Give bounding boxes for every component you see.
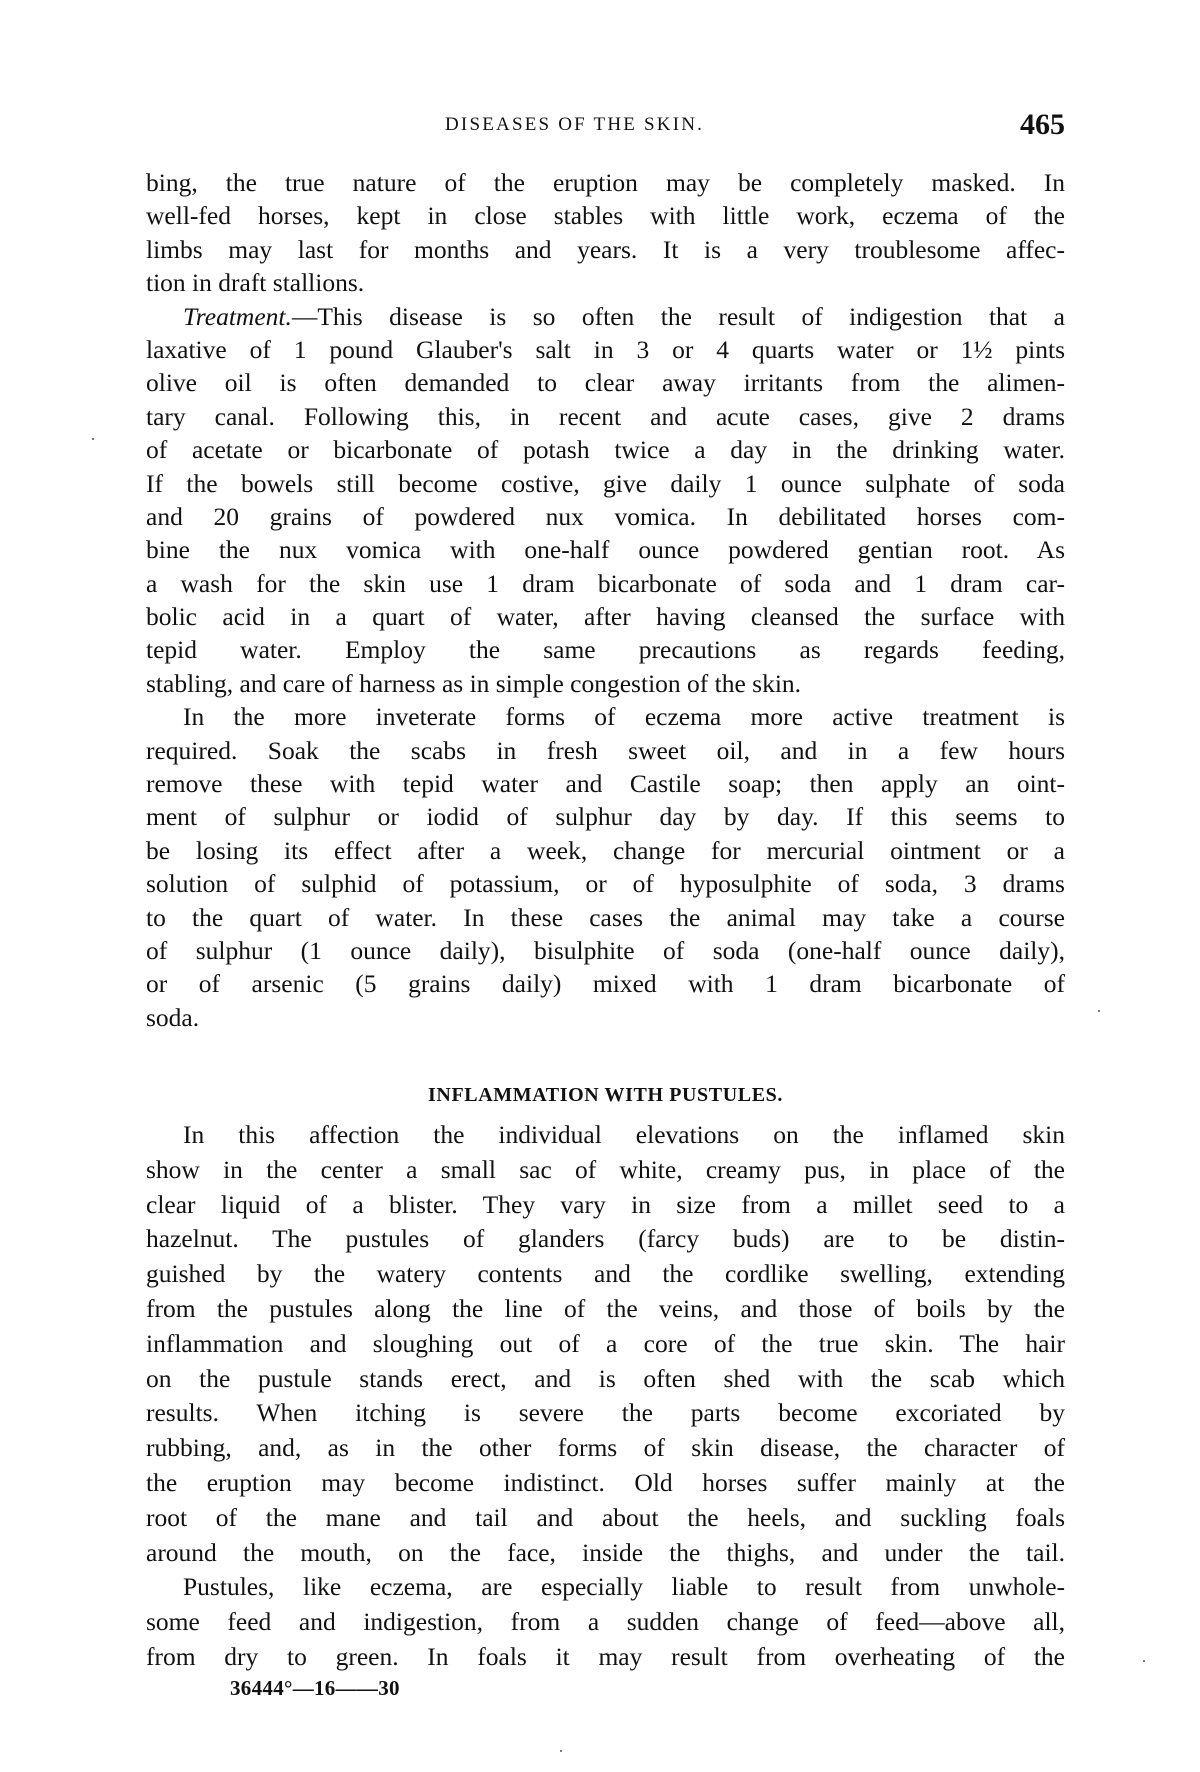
scan-speck: [560, 1750, 562, 1752]
text-line: bolic acid in a quart of water, after ha…: [146, 600, 1065, 633]
text-line: inflammation and sloughing out of a core…: [146, 1327, 1065, 1362]
text-line: the eruption may become indistinct. Old …: [146, 1466, 1065, 1501]
text-line: bing, the true nature of the eruption ma…: [146, 166, 1065, 199]
text-line: bine the nux vomica with one-half ounce …: [146, 533, 1065, 566]
text-fragment: —This disease is so often the result of …: [292, 302, 1065, 331]
paragraph: Pustules, like eczema, are especially li…: [146, 1570, 1065, 1674]
page-number: 465: [1020, 108, 1065, 142]
text-line: required. Soak the scabs in fresh sweet …: [146, 734, 1065, 767]
running-title: DISEASES OF THE SKIN.: [445, 114, 704, 136]
paragraph: bing, the true nature of the eruption ma…: [146, 166, 1065, 300]
text-line: tepid water. Employ the same precautions…: [146, 633, 1065, 666]
text-line: If the bowels still become costive, give…: [146, 467, 1065, 500]
printer-signature: 36444°—16——30: [230, 1676, 400, 1701]
text-line: soda.: [146, 1001, 1065, 1034]
text-line: limbs may last for months and years. It …: [146, 233, 1065, 266]
text-line: from the pustules along the line of the …: [146, 1292, 1065, 1327]
text-line: and 20 grains of powdered nux vomica. In…: [146, 500, 1065, 533]
body-text-bottom: In this affection the individual elevati…: [146, 1118, 1065, 1675]
text-line: ment of sulphur or iodid of sulphur day …: [146, 800, 1065, 833]
text-line: of sulphur (1 ounce daily), bisulphite o…: [146, 934, 1065, 967]
text-line: root of the mane and tail and about the …: [146, 1501, 1065, 1536]
text-line: clear liquid of a blister. They vary in …: [146, 1188, 1065, 1223]
book-page: DISEASES OF THE SKIN. 465 bing, the true…: [0, 0, 1200, 1772]
text-line: some feed and indigestion, from a sudden…: [146, 1605, 1065, 1640]
text-line: hazelnut. The pustules of glanders (farc…: [146, 1222, 1065, 1257]
text-line: remove these with tepid water and Castil…: [146, 767, 1065, 800]
text-line: rubbing, and, as in the other forms of s…: [146, 1431, 1065, 1466]
text-line: In the more inveterate forms of eczema m…: [146, 700, 1065, 733]
text-line: a wash for the skin use 1 dram bicarbona…: [146, 567, 1065, 600]
text-line: In this affection the individual elevati…: [146, 1118, 1065, 1153]
text-line: be losing its effect after a week, chang…: [146, 834, 1065, 867]
text-line: solution of sulphid of potassium, or of …: [146, 867, 1065, 900]
paragraph: In this affection the individual elevati…: [146, 1118, 1065, 1570]
text-line: tary canal. Following this, in recent an…: [146, 400, 1065, 433]
text-line: Treatment.—This disease is so often the …: [146, 300, 1065, 333]
text-line: results. When itching is severe the part…: [146, 1396, 1065, 1431]
text-line: well-fed horses, kept in close stables w…: [146, 199, 1065, 232]
text-line: from dry to green. In foals it may resul…: [146, 1640, 1065, 1675]
text-line: stabling, and care of harness as in simp…: [146, 667, 1065, 700]
text-line: tion in draft stallions.: [146, 266, 1065, 299]
text-line: guished by the watery contents and the c…: [146, 1257, 1065, 1292]
paragraph: In the more inveterate forms of eczema m…: [146, 700, 1065, 1034]
text-line: laxative of 1 pound Glauber's salt in 3 …: [146, 333, 1065, 366]
body-text-top: bing, the true nature of the eruption ma…: [146, 166, 1065, 1034]
text-line: or of arsenic (5 grains daily) mixed wit…: [146, 967, 1065, 1000]
paragraph-treatment: Treatment.—This disease is so often the …: [146, 300, 1065, 701]
treatment-label: Treatment.: [183, 302, 292, 331]
text-line: olive oil is often demanded to clear awa…: [146, 366, 1065, 399]
text-line: show in the center a small sac of white,…: [146, 1153, 1065, 1188]
scan-speck: [1098, 1010, 1100, 1012]
running-head: DISEASES OF THE SKIN. 465: [146, 108, 1065, 140]
text-line: around the mouth, on the face, inside th…: [146, 1536, 1065, 1571]
scan-speck: [92, 438, 94, 440]
text-line: Pustules, like eczema, are especially li…: [146, 1570, 1065, 1605]
text-line: to the quart of water. In these cases th…: [146, 901, 1065, 934]
text-line: on the pustule stands erect, and is ofte…: [146, 1362, 1065, 1397]
text-line: of acetate or bicarbonate of potash twic…: [146, 433, 1065, 466]
scan-speck: [1143, 1660, 1145, 1662]
section-heading: INFLAMMATION WITH PUSTULES.: [146, 1084, 1065, 1107]
